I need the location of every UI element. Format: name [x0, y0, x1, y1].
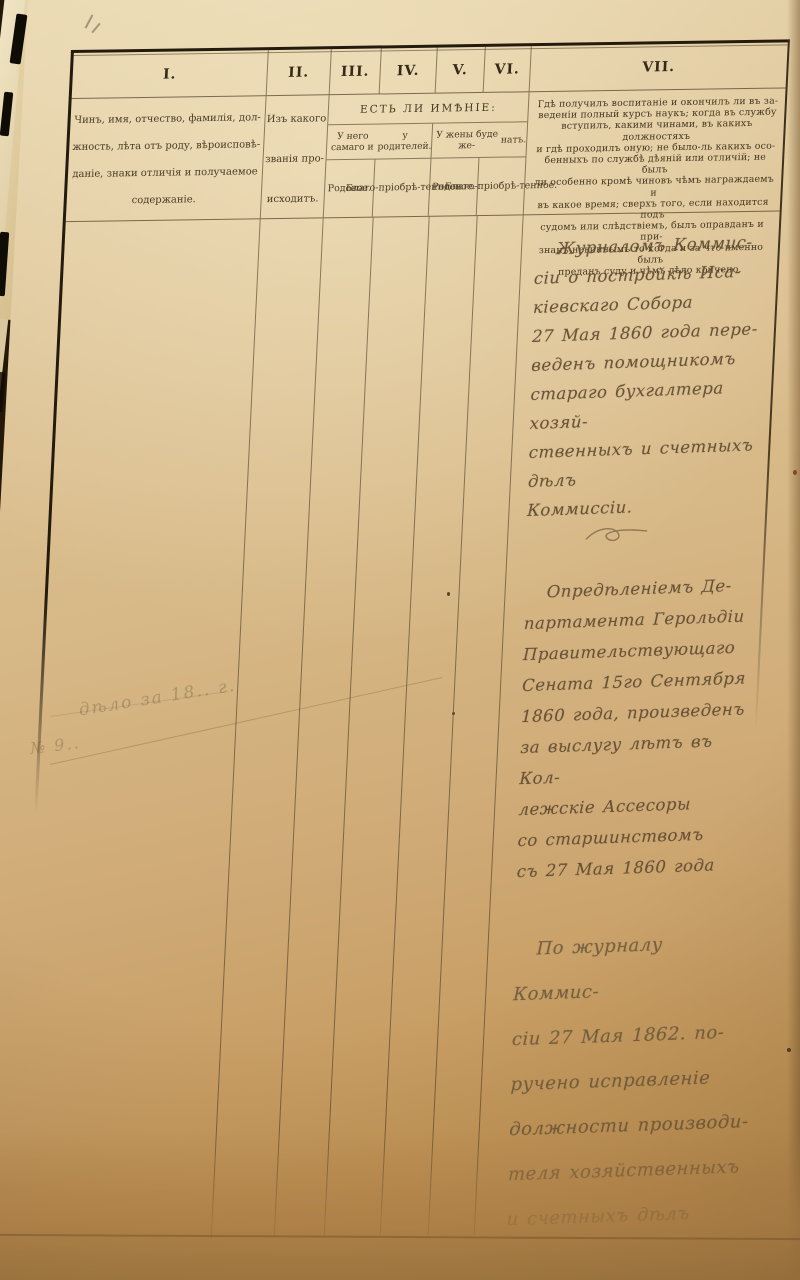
estate-wife-header: У жены буде же-натъ. [432, 122, 527, 157]
header-band: Чинъ, имя, отчество, фамилія, дол-жность… [66, 88, 786, 222]
handwritten-entry-1: Журналомъ Коммис-сіи о постройкѣ Иса-кіе… [527, 227, 776, 525]
column-number-4: IV. [380, 48, 438, 94]
handwritten-entries: Журналомъ Коммис-сіи о постройкѣ Иса-кіе… [494, 207, 780, 1243]
column-number-1: I. [72, 50, 269, 98]
estate-kind-headers: Родовое. Благо-пріобрѣ-тенное. Родовое. … [324, 157, 526, 217]
table-body-row: Журналомъ Коммис-сіи о постройкѣ Иса-кіе… [17, 212, 780, 1241]
ink-speck [447, 592, 450, 596]
page-right-edge-shade [787, 0, 800, 1280]
photo-background: дѣло за 18.. г. № 9.. I. II. III. IV. V.… [0, 0, 800, 1280]
flourish-paraph [584, 519, 767, 549]
estate-title: ЕСТЬ ЛИ ИМѢНІЕ: [328, 92, 528, 125]
page-bottom-shade [0, 1130, 800, 1280]
service-record-table: I. II. III. IV. V. VI. VII. Чинъ, имя, о… [17, 39, 788, 1241]
column2-header: Изъ какогозванія про-исходитъ. [261, 95, 330, 218]
estate-subheaders: У него самаго иу родителей. У жены буде … [326, 122, 527, 160]
column-number-3: III. [330, 48, 382, 94]
handwritten-entry-2: Опредѣленіемъ Де-партамента ГерольдіиПра… [516, 569, 765, 887]
column-number-5: V. [436, 47, 486, 93]
archival-scan-photo: { "table": { "column_numbers": ["I.", "I… [0, 0, 800, 1280]
ink-speck [452, 712, 455, 715]
estate-header-group: ЕСТЬ ЛИ ИМѢНІЕ: У него самаго иу родител… [324, 92, 530, 217]
blagopriobretennoe-header-1: Благо-пріобрѣ-тенное. [373, 159, 432, 217]
column-number-6: VI. [484, 46, 532, 92]
body-cell-7: Журналомъ Коммис-сіи о постройкѣ Иса-кіе… [475, 212, 780, 1235]
column-number-7: VII. [530, 42, 788, 91]
blagopriobretennoe-header-2: Благо-пріобрѣ-тенное. [477, 157, 526, 215]
column-number-2: II. [267, 49, 332, 95]
column1-header: Чинъ, имя, отчество, фамилія, дол-жность… [66, 96, 267, 221]
estate-self-header: У него самаго иу родителей. [327, 124, 434, 160]
column7-header-cell: Гдѣ получилъ воспитаніе и окончилъ ли въ… [524, 88, 786, 214]
